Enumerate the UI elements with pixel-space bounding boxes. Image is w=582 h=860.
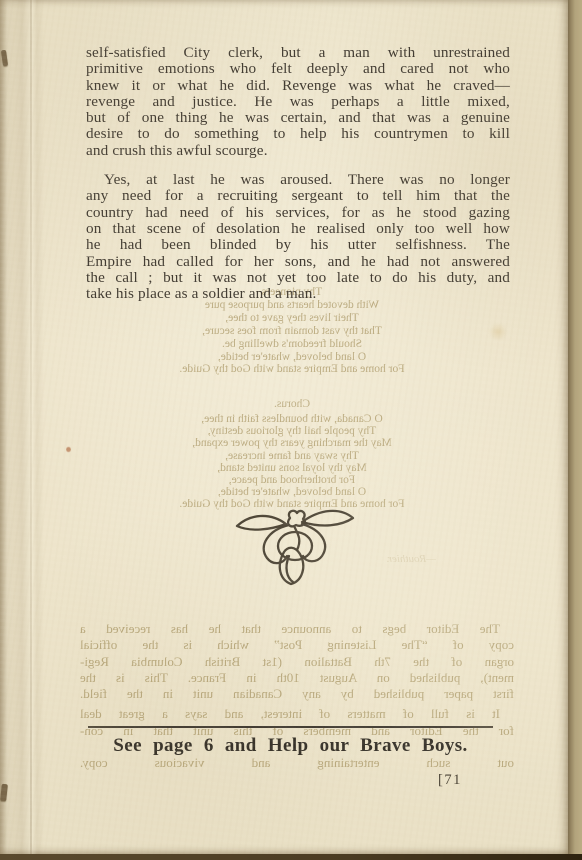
ghost-line: first paper published by any Canadian un… — [80, 686, 514, 702]
ghost-line: copy of “The Listening Post” which is th… — [80, 637, 514, 653]
ghost-line: It is full of matters of interest, and s… — [80, 706, 514, 722]
text-line: country had need of his services, for as… — [86, 205, 510, 221]
text-line: knew it or what he did. Revenge was what… — [86, 78, 510, 94]
ghost-chorus-block: O Canada, with boundless faith in thee, … — [70, 413, 514, 511]
body-text: self-satisfied City clerk, but a man wit… — [86, 45, 510, 302]
page-crease — [30, 0, 32, 854]
book-page: Thy pioneers With devoted hearts and pur… — [0, 0, 568, 854]
text-line: Yes, at last he was aroused. There was n… — [86, 172, 510, 188]
text-line: self-satisfied City clerk, but a man wit… — [86, 45, 510, 61]
ghost-line: ment), published on August 10th in Franc… — [80, 670, 514, 686]
text-line: any need for a recruiting sergeant to te… — [86, 188, 510, 204]
ghost-line: The Editor begs to announce that he has … — [80, 621, 514, 637]
ghost-line: May thy loyal sons united stand, — [70, 462, 514, 474]
ghost-line: O land beloved, whate'er betide, — [70, 486, 514, 498]
paragraph-2: Yes, at last he was aroused. There was n… — [86, 172, 510, 302]
text-line: but of one thing he was certain, and tha… — [86, 110, 510, 126]
page-number: [71 — [438, 772, 462, 789]
ghost-line: For home and Empire stand with God thy G… — [70, 363, 514, 376]
ghost-line: Their lives they gave to thee, — [70, 312, 514, 325]
page-edge-right — [566, 0, 582, 860]
text-line: on that scene of desolation he realised … — [86, 221, 510, 237]
ghost-paragraph: The Editor begs to announce that he has … — [80, 621, 514, 702]
text-line: and crush this awful scourge. — [86, 143, 510, 159]
binding-stitch-bottom — [0, 784, 8, 802]
paper-stain — [488, 324, 508, 340]
ghost-line: Should freedom's dwelling be. — [70, 338, 514, 351]
text-line: take his place as a soldier and a man. — [86, 286, 510, 302]
paragraph-1: self-satisfied City clerk, but a man wit… — [86, 45, 510, 159]
text-line: primitive emotions who felt deeply and c… — [86, 61, 510, 77]
text-line: Empire had called for her sons, and he h… — [86, 254, 510, 270]
ghost-line: O land beloved, whate'er betide, — [70, 351, 514, 364]
scanned-book-photo: Thy pioneers With devoted hearts and pur… — [0, 0, 582, 860]
floral-knot-ornament-icon — [234, 500, 356, 586]
ghost-line: organ of the 7th Battalion (1st British … — [80, 654, 514, 670]
page-edge-bottom — [0, 854, 582, 860]
text-line: he had been blinded by his utter selfish… — [86, 237, 510, 253]
ghost-line: O Canada, with boundless faith in thee, — [70, 413, 514, 425]
text-line: desire to do something to help his count… — [86, 126, 510, 142]
binding-stitch-top — [1, 50, 8, 67]
text-line: revenge and justice. He was perhaps a li… — [86, 94, 510, 110]
ghost-line: Thy people hail thy glorious destiny, — [70, 425, 514, 437]
ghost-line: Thy sway and fame increase, — [70, 450, 514, 462]
divider-rule — [88, 726, 493, 728]
text-line: the call ; but it was not yet too late t… — [86, 270, 510, 286]
ghost-line: That thy vast domain from foes secure, — [70, 325, 514, 338]
ghost-line: out such entertaining and vivacious copy… — [80, 755, 514, 771]
ghost-line: May the marching years thy power expand, — [70, 437, 514, 449]
ghost-line: For brotherhood and peace, — [70, 474, 514, 486]
ink-speck — [66, 446, 71, 453]
ghost-chorus-label: Chorus. — [70, 398, 514, 410]
footer-notice: See page 6 and Help our Brave Boys. — [88, 735, 493, 757]
binding-gutter — [0, 0, 44, 854]
